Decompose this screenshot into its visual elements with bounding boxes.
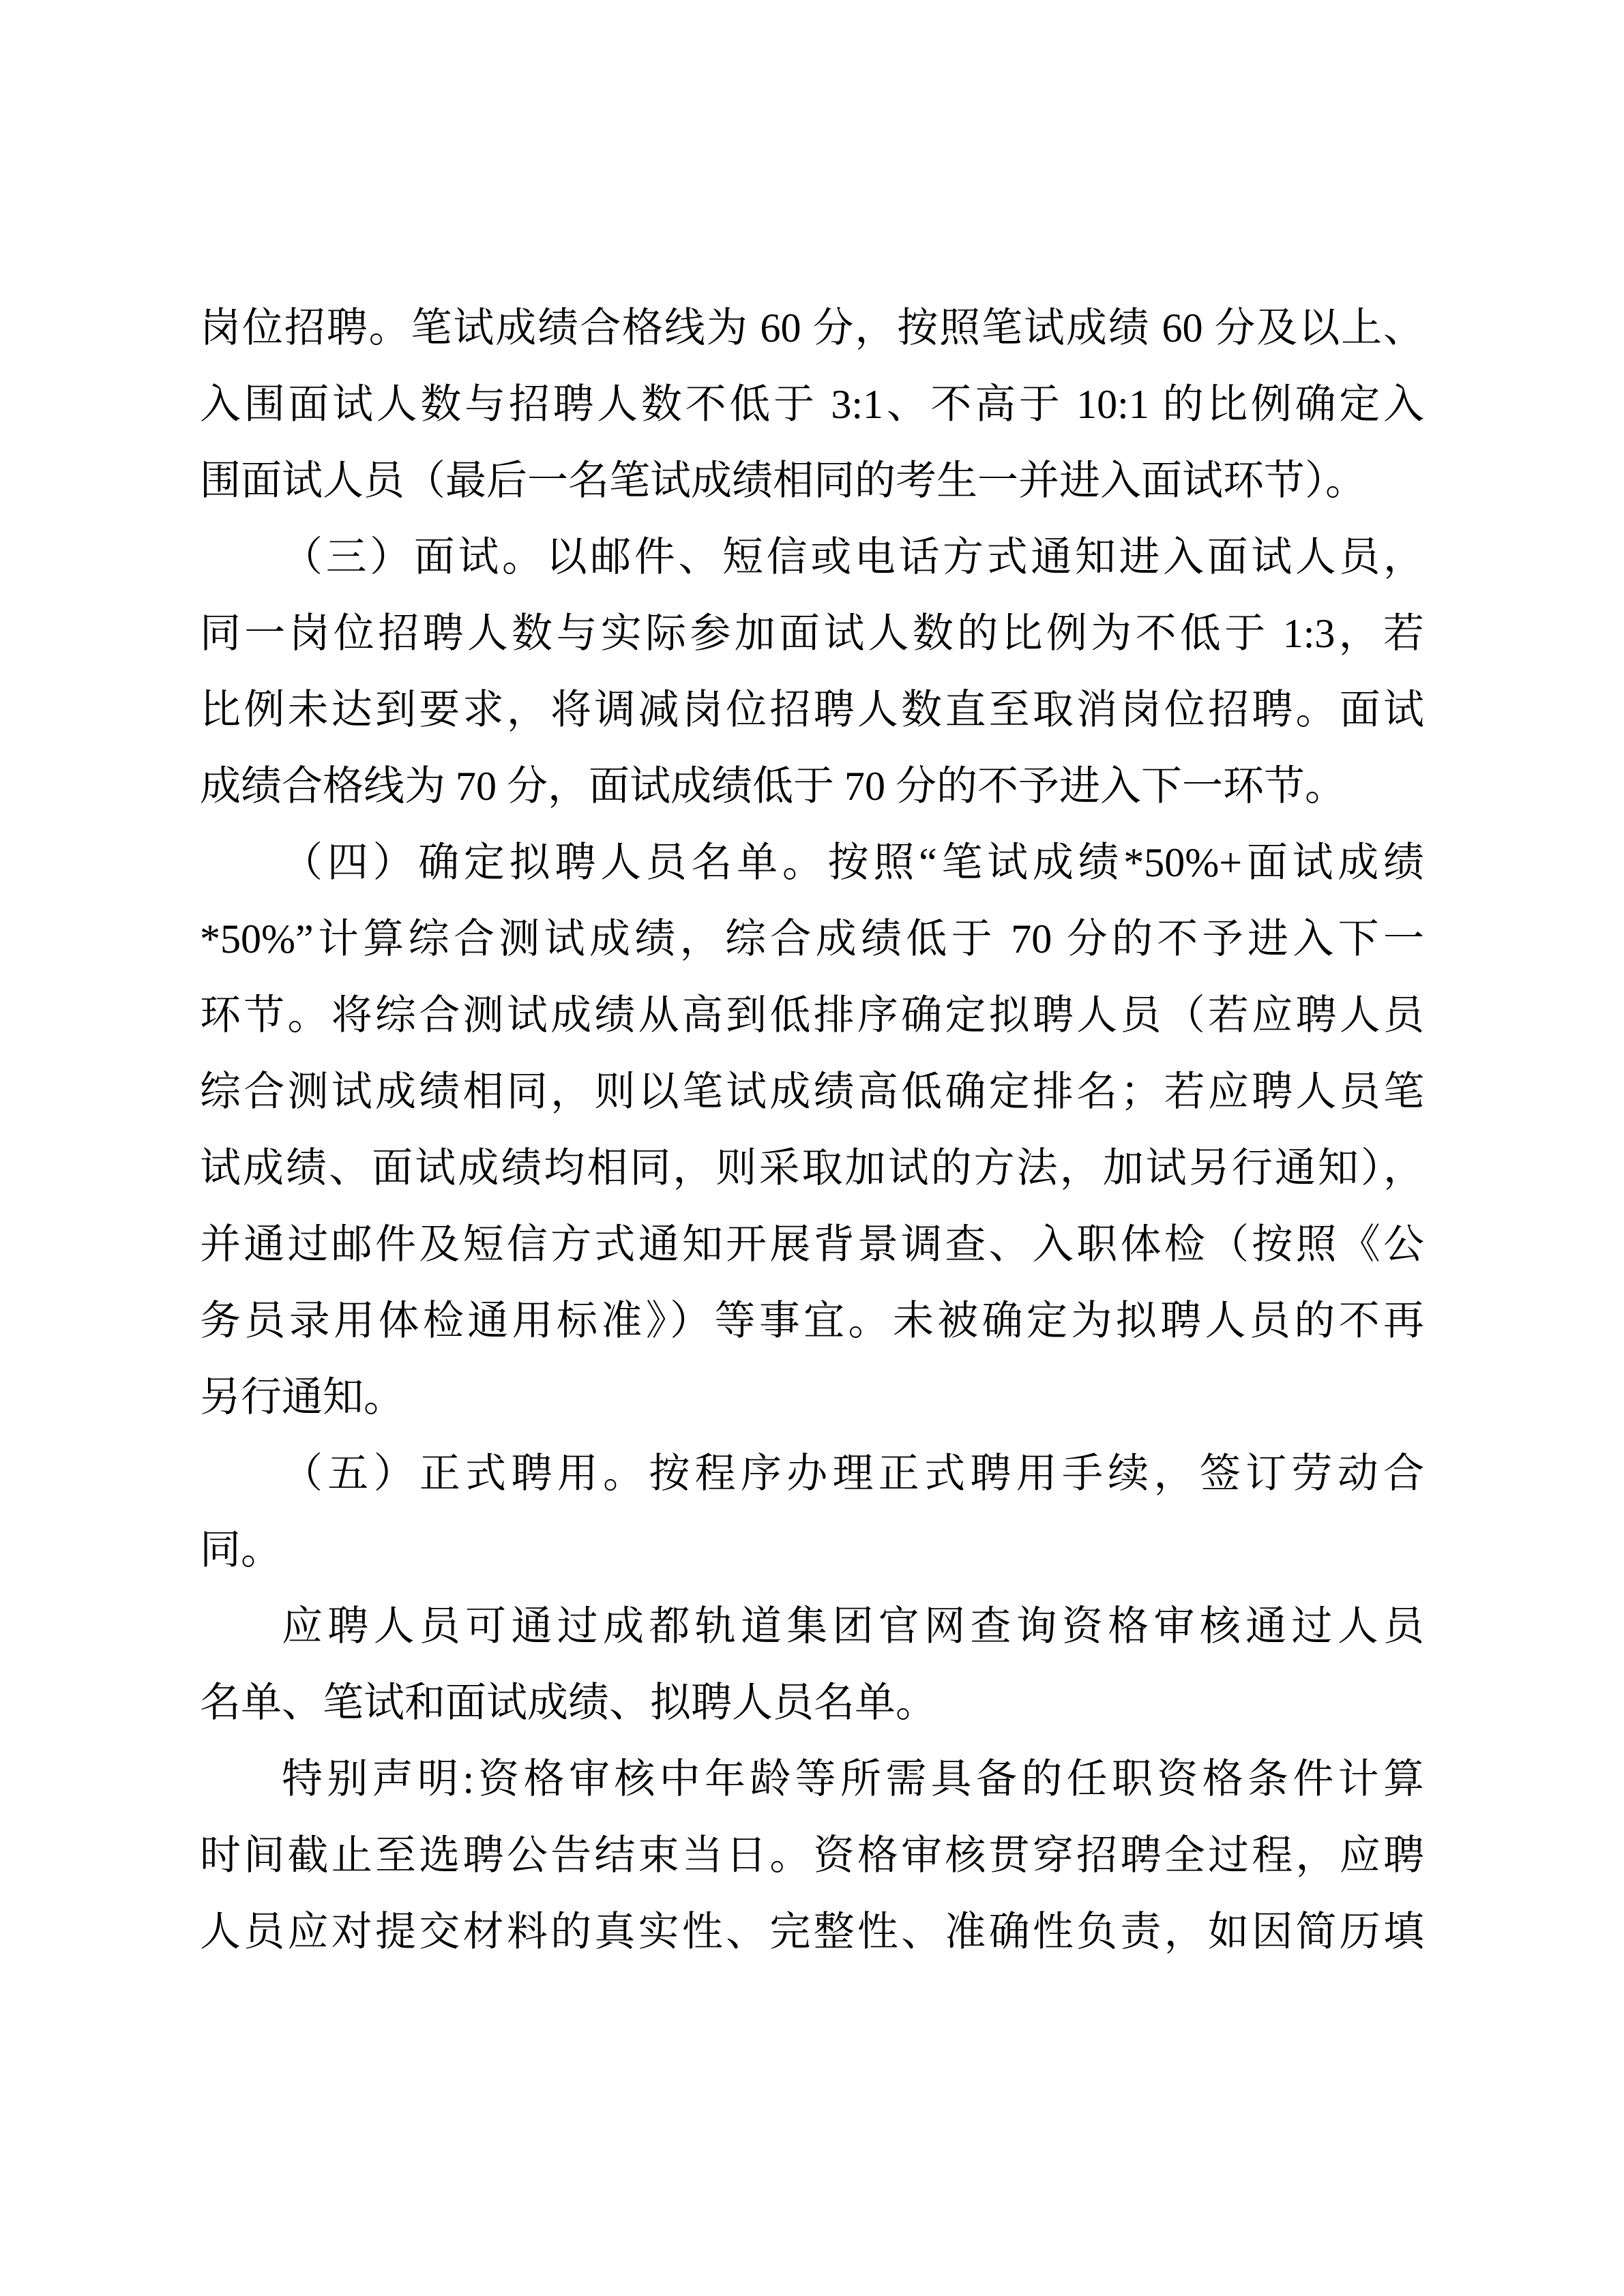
text-line: *50%”计算综合测试成绩，综合成绩低于 70 分的不予进入下一 [200,901,1424,977]
text-line: 名单、笔试和面试成绩、拟聘人员名单。 [200,1665,1424,1741]
text-line: 并通过邮件及短信方式通知开展背景调查、入职体检（按照《公 [200,1206,1424,1283]
text-line: 成绩合格线为 70 分，面试成绩低于 70 分的不予进入下一环节。 [200,748,1424,824]
text-line: 试成绩、面试成绩均相同，则采取加试的方法，加试另行通知）， [200,1130,1424,1206]
text-line: 务员录用体检通用标准》）等事宜。未被确定为拟聘人员的不再 [200,1283,1424,1359]
document-text-block: 岗位招聘。笔试成绩合格线为 60 分，按照笔试成绩 60 分及以上、入围面试人数… [200,290,1424,1970]
text-line: 围面试人员（最后一名笔试成绩相同的考生一并进入面试环节）。 [200,443,1424,519]
text-line: 入围面试人数与招聘人数不低于 3:1、不高于 10:1 的比例确定入 [200,366,1424,443]
text-line: （四）确定拟聘人员名单。按照“笔试成绩*50%+面试成绩 [200,824,1424,901]
text-line: （五）正式聘用。按程序办理正式聘用手续，签订劳动合 [200,1435,1424,1512]
text-line: 应聘人员可通过成都轨道集团官网查询资格审核通过人员 [200,1588,1424,1665]
document-page: 岗位招聘。笔试成绩合格线为 60 分，按照笔试成绩 60 分及以上、入围面试人数… [0,0,1624,2296]
text-line: 综合测试成绩相同，则以笔试成绩高低确定排名；若应聘人员笔 [200,1054,1424,1130]
text-line: 环节。将综合测试成绩从高到低排序确定拟聘人员（若应聘人员 [200,977,1424,1054]
text-line: 比例未达到要求，将调减岗位招聘人数直至取消岗位招聘。面试 [200,672,1424,748]
text-line: 同一岗位招聘人数与实际参加面试人数的比例为不低于 1:3，若 [200,595,1424,672]
text-line: （三）面试。以邮件、短信或电话方式通知进入面试人员， [200,519,1424,595]
text-line: 岗位招聘。笔试成绩合格线为 60 分，按照笔试成绩 60 分及以上、 [200,290,1424,366]
text-line: 时间截止至选聘公告结束当日。资格审核贯穿招聘全过程，应聘 [200,1817,1424,1894]
text-line: 同。 [200,1512,1424,1588]
text-line: 另行通知。 [200,1359,1424,1435]
text-line: 人员应对提交材料的真实性、完整性、准确性负责，如因简历填 [200,1894,1424,1970]
text-line: 特别声明:资格审核中年龄等所需具备的任职资格条件计算 [200,1741,1424,1817]
